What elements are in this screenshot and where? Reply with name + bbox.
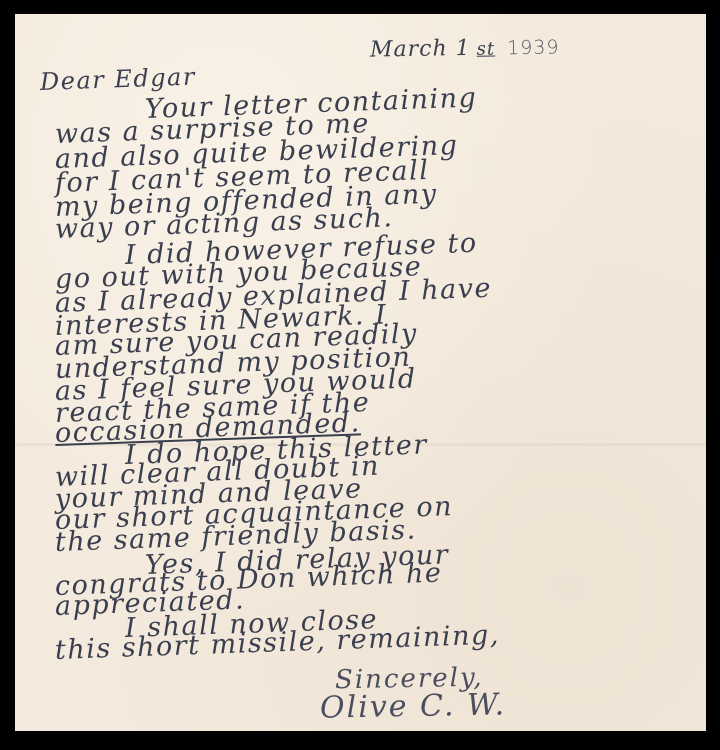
date-suffix: st xyxy=(476,38,495,59)
letter-paper: March 1st1939 Dear Edgar Your letter con… xyxy=(15,14,706,731)
letter-line: this short missile, remaining, xyxy=(55,621,501,664)
date-month-day: March 1 xyxy=(370,36,471,63)
signature: Olive C. W. xyxy=(320,688,507,726)
date-year: 1939 xyxy=(507,36,560,59)
salutation: Dear Edgar xyxy=(40,65,197,94)
letter-date: March 1st1939 xyxy=(370,34,560,62)
